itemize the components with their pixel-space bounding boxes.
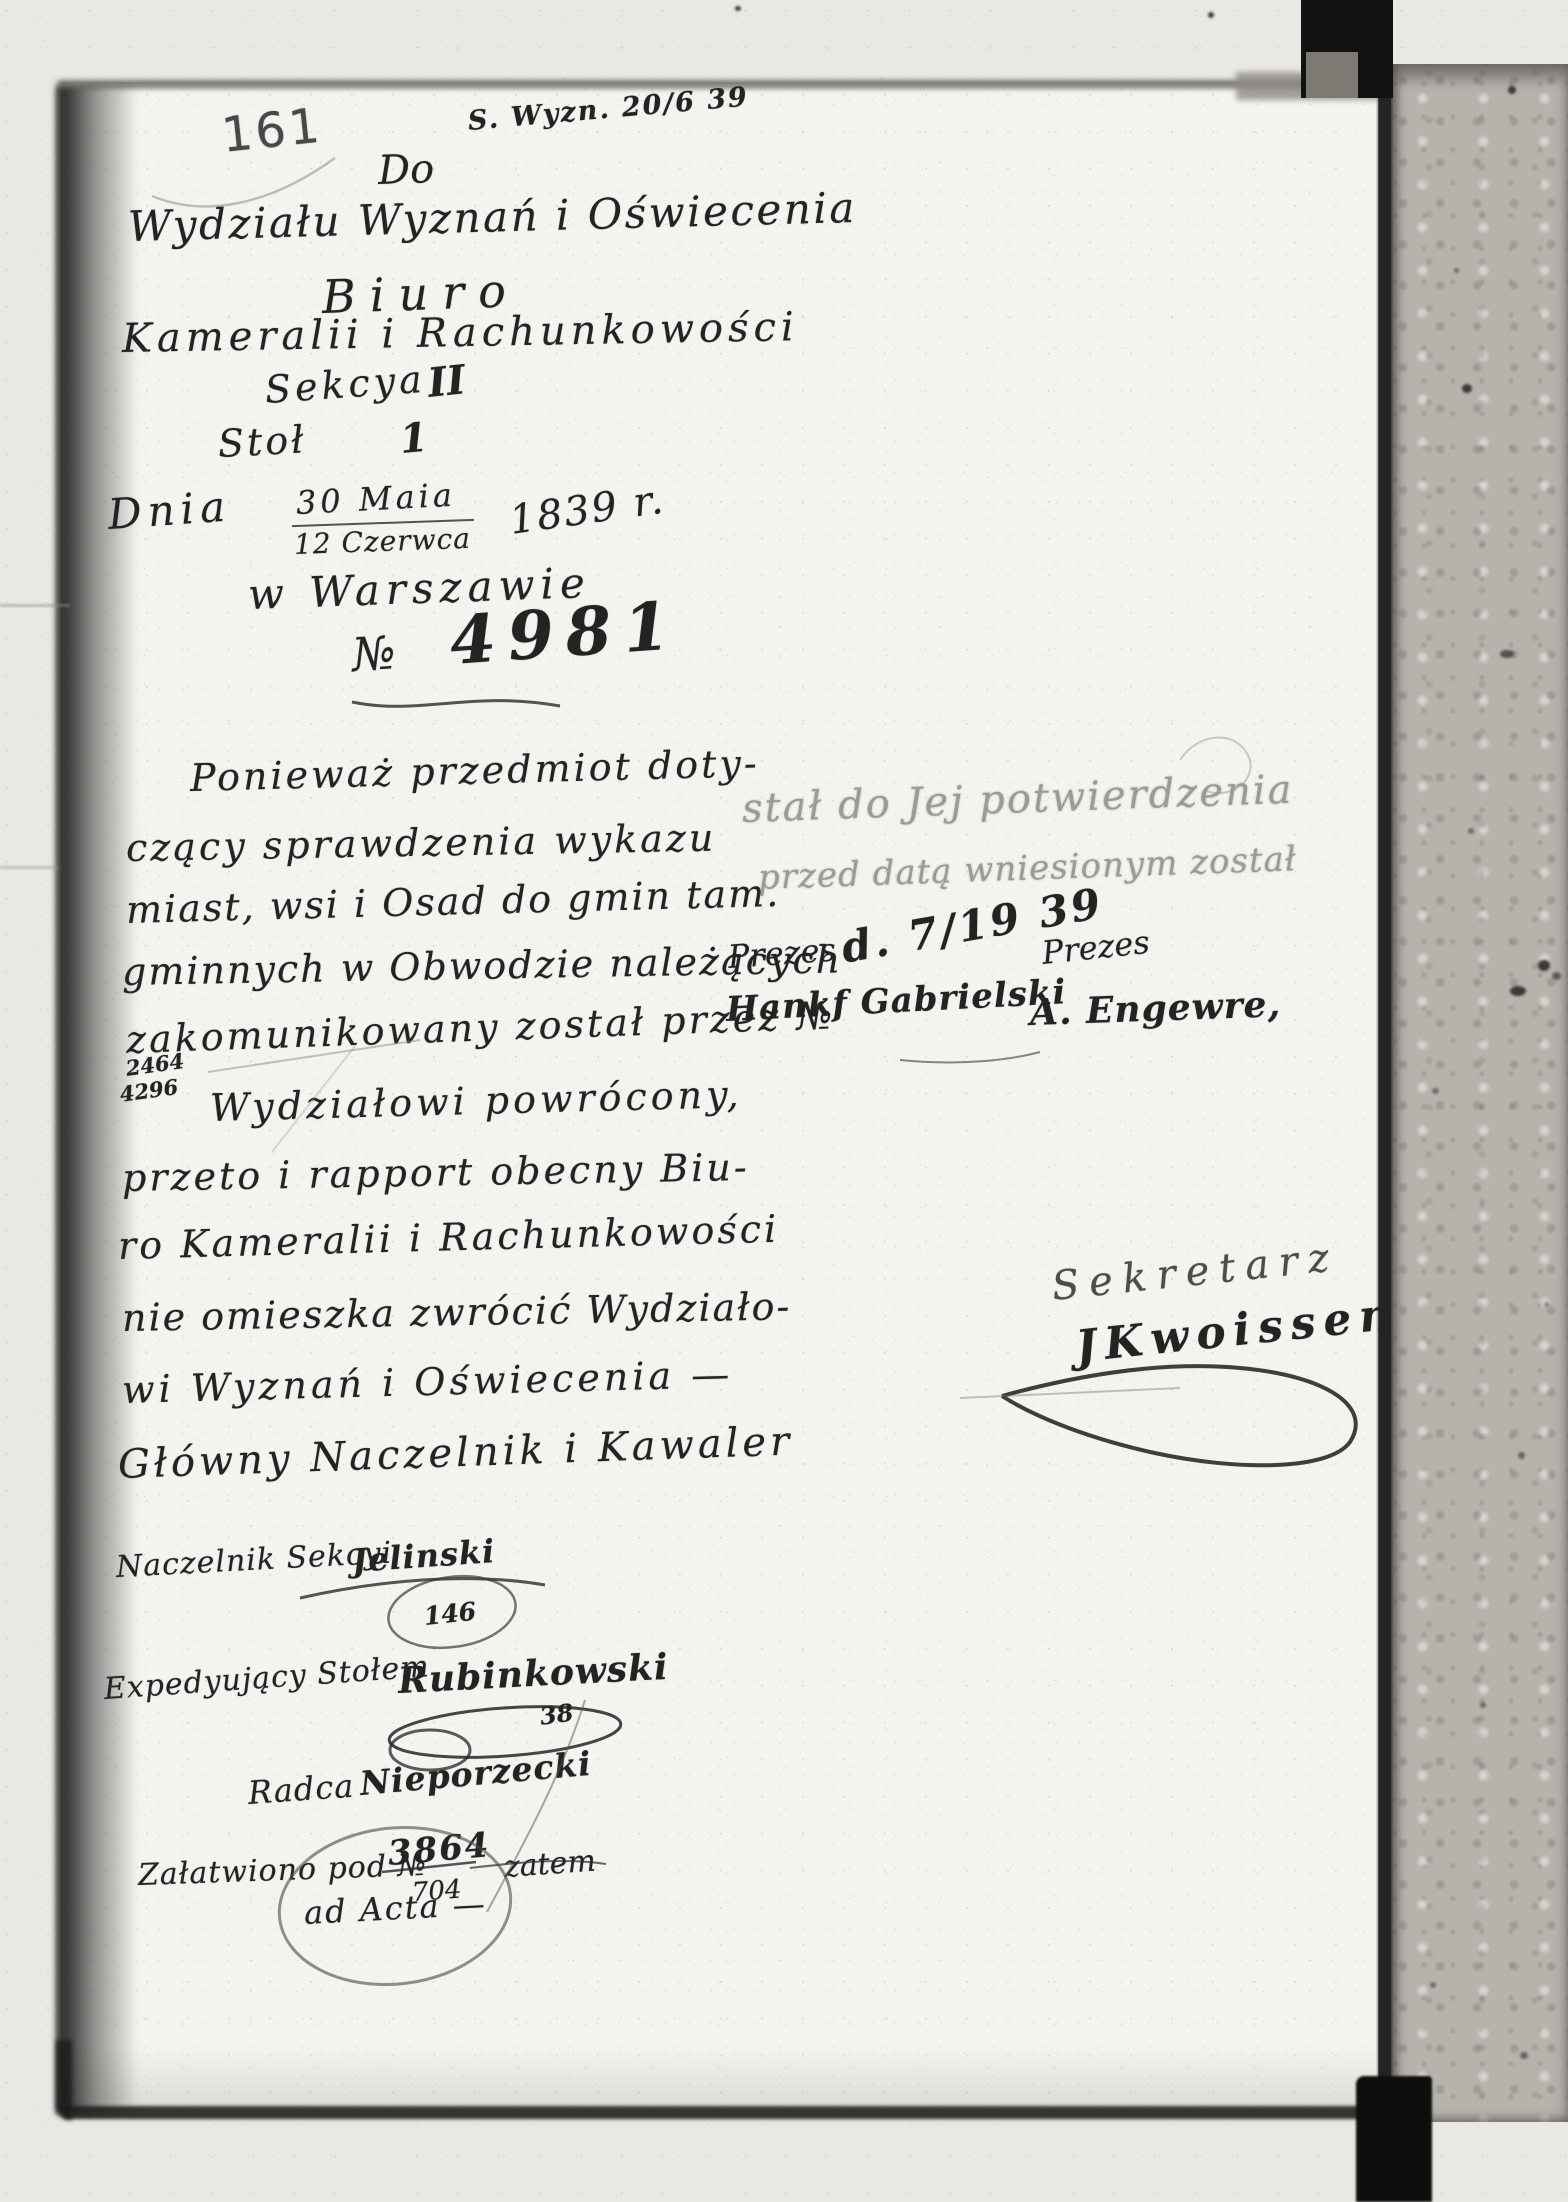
gabrielski-underline [900,1052,1040,1062]
ad-acta-oval [271,1816,518,1995]
filing-tail-stroke [487,1700,585,1912]
filing-dash-tail [470,1861,606,1868]
secretary-strike [960,1388,1180,1398]
faint-strike [208,1040,420,1072]
ghost-scribble [1180,738,1251,794]
docket-underline-flourish [352,701,560,707]
ink-flourishes [0,0,1568,2202]
pencil-curve [152,158,335,206]
rubinkowski-flourish [388,1700,623,1764]
scanned-document: 161 S. Wyzn. 20/6 39 Do Wydziału Wyznań … [0,0,1568,2202]
filing-number-underline [382,1862,476,1872]
faint-strike [272,1046,355,1152]
secretary-swoosh [1002,1366,1356,1465]
